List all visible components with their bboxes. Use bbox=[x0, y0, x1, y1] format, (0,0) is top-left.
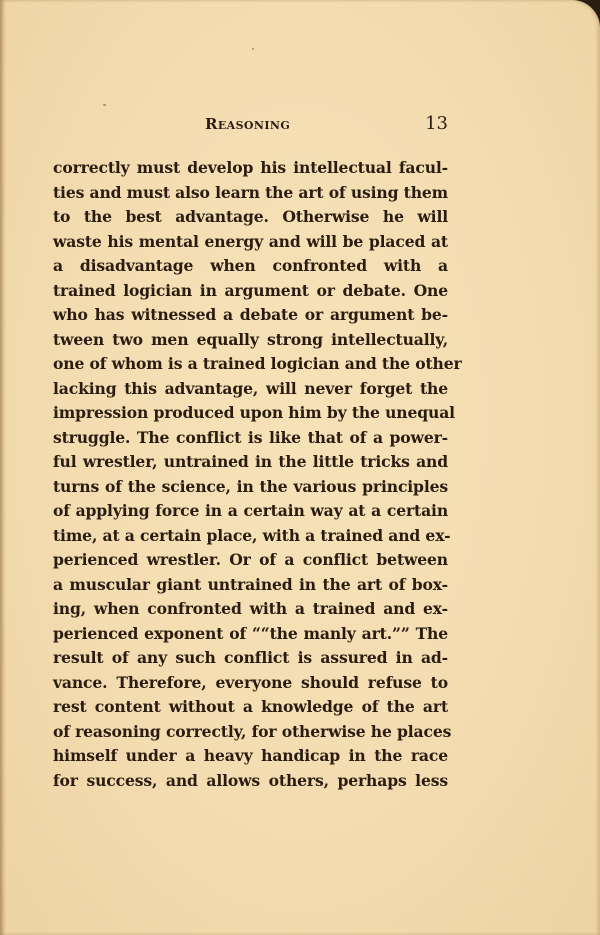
text-line: a muscular giant untrained in the art of… bbox=[53, 573, 448, 598]
text-line: himself under a heavy handicap in the ra… bbox=[53, 744, 448, 769]
text-line: result of any such conflict is assured i… bbox=[53, 646, 448, 671]
text-line: ful wrestler, untrained in the little tr… bbox=[53, 450, 448, 475]
text-line: struggle. The conflict is like that of a… bbox=[53, 426, 448, 451]
text-line: turns of the science, in the various pri… bbox=[53, 475, 448, 500]
text-line: one of whom is a trained logician and th… bbox=[53, 352, 448, 377]
body-text: correctly must develop his intellectual … bbox=[53, 156, 448, 793]
text-line: lacking this advantage, will never forge… bbox=[53, 377, 448, 402]
text-line: correctly must develop his intellectual … bbox=[53, 156, 448, 181]
text-line: rest content without a knowledge of the … bbox=[53, 695, 448, 720]
text-line: waste his mental energy and will be plac… bbox=[53, 230, 448, 255]
text-line: trained logician in argument or debate. … bbox=[53, 279, 448, 304]
text-line: of reasoning correctly, for otherwise he… bbox=[53, 720, 448, 745]
text-line: vance. Therefore, everyone should refuse… bbox=[53, 671, 448, 696]
text-line: a disadvantage when confronted with a bbox=[53, 254, 448, 279]
text-line: ties and must also learn the art of usin… bbox=[53, 181, 448, 206]
text-line: time, at a certain place, with a trained… bbox=[53, 524, 448, 549]
text-line: for success, and allows others, perhaps … bbox=[53, 769, 448, 794]
text-line: perienced wrestler. Or of a conflict bet… bbox=[53, 548, 448, 573]
text-line: who has witnessed a debate or argument b… bbox=[53, 303, 448, 328]
page-header: Reasoning 13 bbox=[53, 113, 448, 137]
text-line: of applying force in a certain way at a … bbox=[53, 499, 448, 524]
text-line: impression produced upon him by the uneq… bbox=[53, 401, 448, 426]
text-line: tween two men equally strong intellectua… bbox=[53, 328, 448, 353]
text-line: ing, when confronted with a trained and … bbox=[53, 597, 448, 622]
running-head: Reasoning bbox=[205, 115, 290, 133]
book-page: Reasoning 13 correctly must develop his … bbox=[0, 0, 600, 935]
ink-speck bbox=[103, 104, 106, 106]
text-line: to the best advantage. Otherwise he will bbox=[53, 205, 448, 230]
ink-speck bbox=[252, 48, 254, 50]
page-number: 13 bbox=[425, 113, 448, 134]
text-line: perienced exponent of ““the manly art.””… bbox=[53, 622, 448, 647]
